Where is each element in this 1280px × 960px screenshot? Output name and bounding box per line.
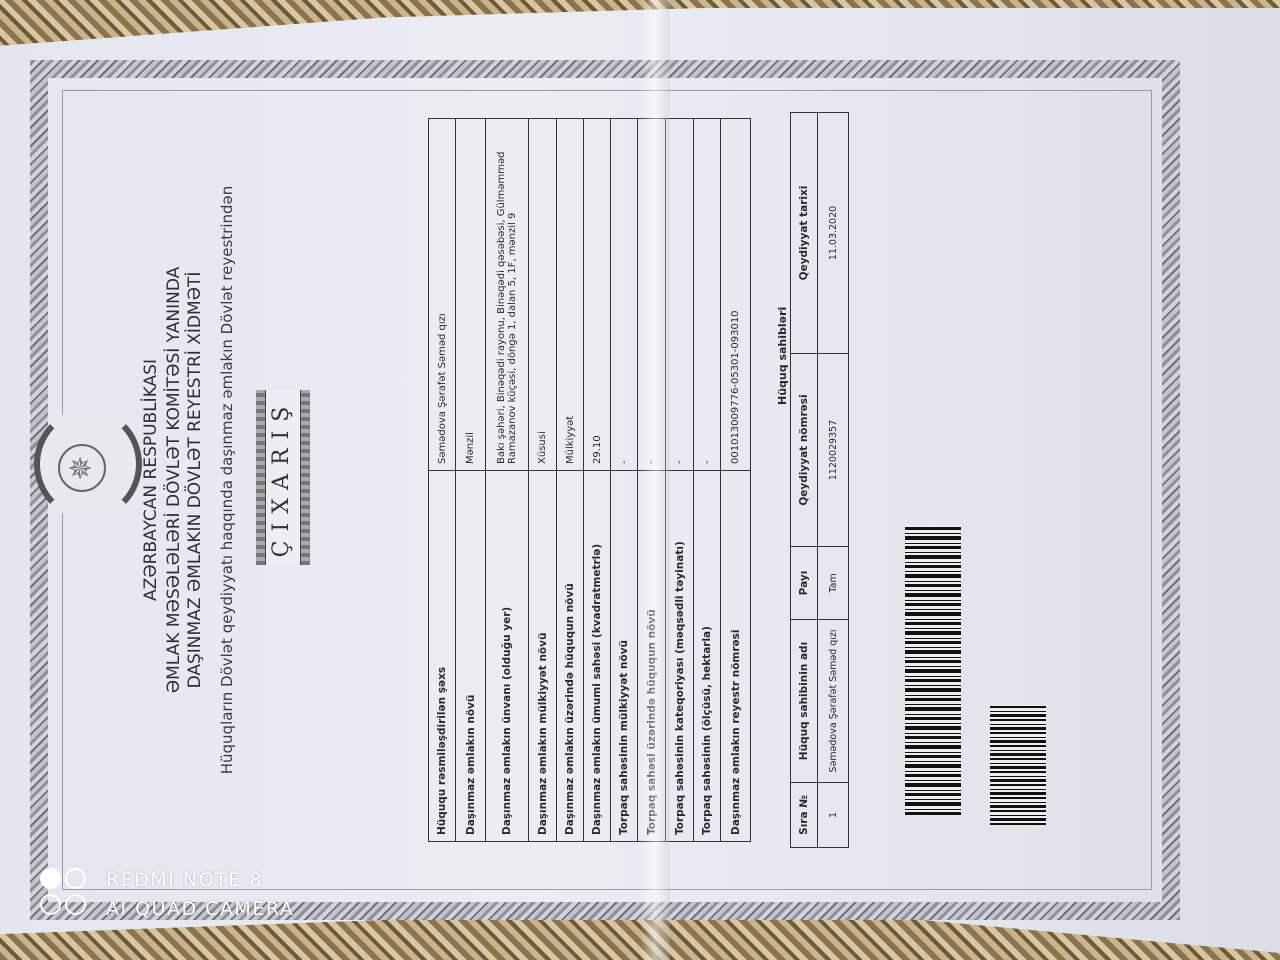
property-table: Hüququ rəsmiləşdirilən şəxsSəmədova Şəra… [428,118,751,842]
table-row: Daşınmaz əmlakın üzərində hüququn növüMü… [557,119,584,842]
column-header: Payı [791,547,818,620]
header-subtitle: Hüquqların Dövlət qeydiyyatı haqqında da… [218,0,236,960]
watermark-line-1: REDMI NOTE 8 [106,866,294,895]
owners-table: Sıra №Hüquq sahibinin adıPayıQeydiyyat n… [790,112,849,848]
state-emblem-icon: ✵ [34,408,142,520]
row-label: Daşınmaz əmlakın mülkiyyət növü [529,471,557,842]
table-cell: 11.03.2020 [818,113,849,354]
table-row: Torpaq sahəsinin mülkiyyət növü- [611,119,638,842]
table-cell: 1 [818,783,849,848]
title-band: ÇIXARIŞ [265,390,301,565]
row-value: 29.10 [584,119,611,471]
row-label: Daşınmaz əmlakın ümumi sahəsi (kvadratme… [584,471,611,842]
table-cell: Tam [818,547,849,620]
row-label: Torpaq sahəsinin (ölçüsü, hektarla) [694,471,721,842]
row-label: Daşınmaz əmlakın reyestr nömrəsi [721,471,751,842]
row-value: - [694,119,721,471]
table-row: Hüququ rəsmiləşdirilən şəxsSəmədova Şəra… [429,119,456,842]
table-cell: 1120029357 [818,354,849,547]
header-line-3: DAŞINMAZ ƏMLAKIN DÖVLƏT REYESTRİ XİDMƏTİ [185,0,205,960]
star-icon: ✵ [64,446,99,490]
row-value: - [611,119,638,471]
owners-title: Hüquq sahibləri [776,307,789,405]
table-row: Torpaq sahəsinin (ölçüsü, hektarla)- [694,119,721,842]
watermark-text: REDMI NOTE 8 AI QUAD CAMERA [106,866,294,924]
row-label: Daşınmaz əmlakın üzərində hüququn növü [557,471,584,842]
paper-fold [640,0,670,960]
header-line-2: ƏMLAK MƏSƏLƏLƏRİ DÖVLƏT KOMİTƏSİ YANINDA [164,0,184,960]
row-value: Xüsusi [529,119,557,471]
column-header: Qeydiyyat nömrəsi [791,354,818,547]
table-row: Daşınmaz əmlakın reyestr nömrəsi00101300… [721,119,751,842]
table-row: 1Səmədova Şərafət Səməd qızıTam112002935… [818,113,849,848]
row-value: Mülkiyyət [557,119,584,471]
row-value: Səmədova Şərafət Səməd qızı [429,119,456,471]
row-label: Daşınmaz əmlakın növü [456,471,486,842]
barcode-icon [905,525,961,815]
column-header: Sıra № [791,783,818,848]
watermark-line-2: AI QUAD CAMERA [106,895,294,924]
header-line-1: AZƏRBAYCAN RESPUBLİKASI [141,0,161,960]
column-header: Qeydiyyat tarixi [791,113,818,354]
row-label: Daşınmaz əmlakın ünvanı (olduğu yer) [486,471,529,842]
table-row: Daşınmaz əmlakın növüMənzil [456,119,486,842]
barcode-icon [990,705,1046,825]
table-row: Daşınmaz əmlakın ümumi sahəsi (kvadratme… [584,119,611,842]
document-title: ÇIXARIŞ [269,390,294,565]
row-label: Torpaq sahəsinin mülkiyyət növü [611,471,638,842]
quad-camera-logo-icon [40,868,92,920]
row-value: 001013009776-05301-093010 [721,119,751,471]
row-value: Mənzil [456,119,486,471]
emblem-star-circle: ✵ [58,444,106,492]
row-value: Bakı şəhəri, Binəqədi rayonu, Binəqədi q… [486,119,529,471]
row-label: Hüququ rəsmiləşdirilən şəxs [429,471,456,842]
table-row: Daşınmaz əmlakın mülkiyyət növüXüsusi [529,119,557,842]
table-cell: Səmədova Şərafət Səməd qızı [818,620,849,783]
table-row: Daşınmaz əmlakın ünvanı (olduğu yer)Bakı… [486,119,529,842]
column-header: Hüquq sahibinin adı [791,620,818,783]
